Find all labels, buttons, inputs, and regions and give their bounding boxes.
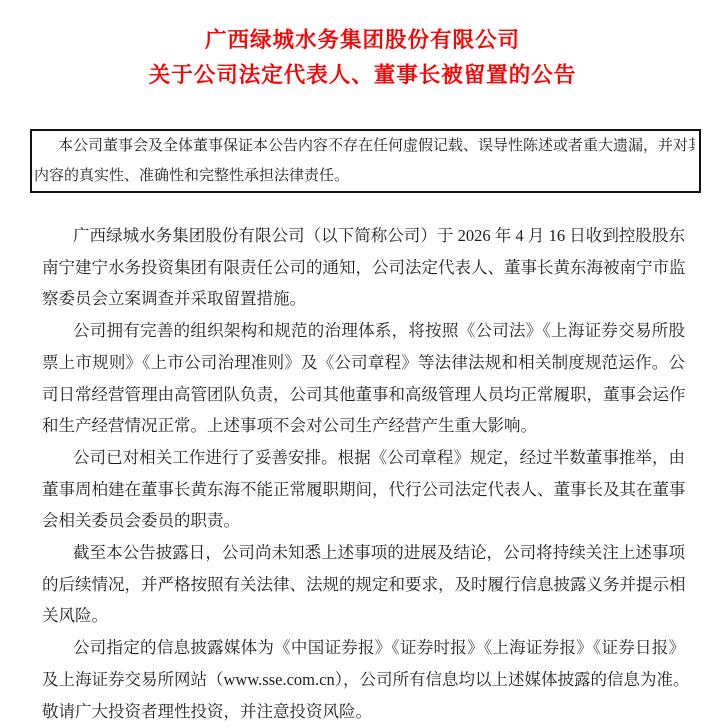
paragraph-arrangement: 公司已对相关工作进行了妥善安排。根据《公司章程》规定，经过半数董事推举，由 董事… (42, 442, 685, 537)
text-line: 及上海证券交易所网站（www.sse.com.cn），公司所有信息均以上述媒体披… (42, 664, 685, 696)
text-line: 会相关委员会委员的职责。 (42, 505, 685, 537)
disclaimer-line: 内容的真实性、准确性和完整性承担法律责任。 (34, 161, 695, 191)
paragraph-media: 公司指定的信息披露媒体为《中国证券报》《证券时报》《上海证券报》《证券日报》 及… (42, 632, 685, 727)
text-line: 关风险。 (42, 600, 685, 632)
disclaimer-line: 本公司董事会及全体董事保证本公告内容不存在任何虚假记载、误导性陈述或者重大遗漏，… (34, 131, 695, 161)
announcement-subject-title: 关于公司法定代表人、董事长被留置的公告 (0, 58, 725, 93)
company-name-title: 广西绿城水务集团股份有限公司 (0, 23, 725, 58)
announcement-body: 广西绿城水务集团股份有限公司（以下简称公司）于 2026 年 4 月 16 日收… (42, 220, 685, 727)
text-line: 南宁建宁水务投资集团有限责任公司的通知，公司法定代表人、董事长黄东海被南宁市监 (42, 252, 685, 284)
text-line: 和生产经营情况正常。上述事项不会对公司生产经营产生重大影响。 (42, 410, 685, 442)
text-line: 广西绿城水务集团股份有限公司（以下简称公司）于 2026 年 4 月 16 日收… (42, 220, 685, 252)
text-line: 察委员会立案调查并采取留置措施。 (42, 283, 685, 315)
text-line: 票上市规则》《上市公司治理准则》及《公司章程》等法律法规和相关制度规范运作。公 (42, 347, 685, 379)
text-line: 公司拥有完善的组织架构和规范的治理体系，将按照《公司法》《上海证券交易所股 (42, 315, 685, 347)
document-title: 广西绿城水务集团股份有限公司 关于公司法定代表人、董事长被留置的公告 (0, 0, 725, 93)
disclaimer-box: 本公司董事会及全体董事保证本公告内容不存在任何虚假记载、误导性陈述或者重大遗漏，… (30, 129, 701, 193)
paragraph-notice: 广西绿城水务集团股份有限公司（以下简称公司）于 2026 年 4 月 16 日收… (42, 220, 685, 315)
text-line: 的后续情况，并严格按照有关法律、法规的规定和要求，及时履行信息披露义务并提示相 (42, 569, 685, 601)
text-line: 公司已对相关工作进行了妥善安排。根据《公司章程》规定，经过半数董事推举，由 (42, 442, 685, 474)
announcement-document: 广西绿城水务集团股份有限公司 关于公司法定代表人、董事长被留置的公告 本公司董事… (0, 0, 725, 728)
text-line: 公司指定的信息披露媒体为《中国证券报》《证券时报》《上海证券报》《证券日报》 (42, 632, 685, 664)
text-line: 敬请广大投资者理性投资，并注意投资风险。 (42, 696, 685, 728)
paragraph-governance: 公司拥有完善的组织架构和规范的治理体系，将按照《公司法》《上海证券交易所股 票上… (42, 315, 685, 442)
paragraph-progress: 截至本公告披露日，公司尚未知悉上述事项的进展及结论，公司将持续关注上述事项 的后… (42, 537, 685, 632)
text-line: 司日常经营管理由高管团队负责，公司其他董事和高级管理人员均正常履职，董事会运作 (42, 379, 685, 411)
text-line: 董事周柏建在董事长黄东海不能正常履职期间，代行公司法定代表人、董事长及其在董事 (42, 474, 685, 506)
text-line: 截至本公告披露日，公司尚未知悉上述事项的进展及结论，公司将持续关注上述事项 (42, 537, 685, 569)
